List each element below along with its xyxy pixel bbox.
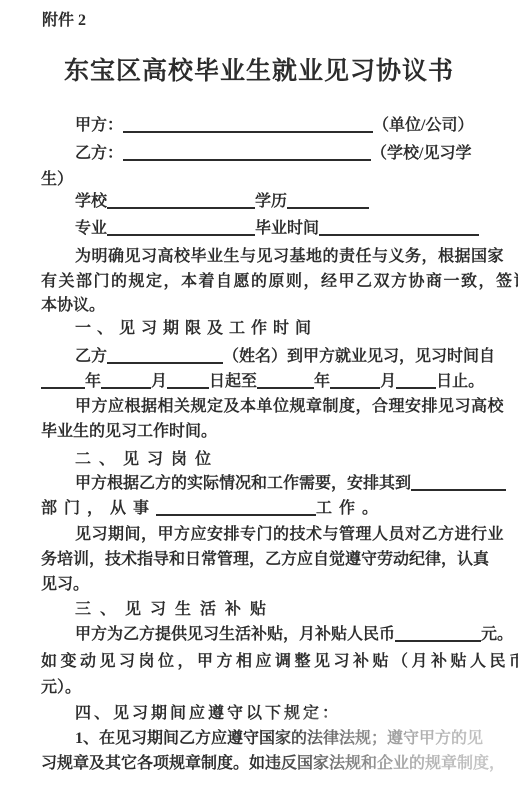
- fill-in-blank: [330, 373, 380, 389]
- text-segment: （单位/公司）: [373, 117, 473, 134]
- text-segment: 日止。: [436, 373, 484, 390]
- text-segment: 甲方：: [75, 117, 123, 134]
- document-line: 习规章及其它各项规章制度。如违反国家法规和企业的规章制度，: [41, 754, 505, 774]
- fill-in-blank: [167, 373, 209, 389]
- document-line: 如变动见习岗位，甲方相应调整见习补贴（月补贴人民币: [41, 652, 518, 672]
- text-segment: 月: [380, 373, 396, 390]
- document-line: 甲方：（单位/公司）: [41, 116, 473, 136]
- fill-in-blank: [395, 626, 481, 642]
- text-segment: 务培训，技术指导和日常管理，乙方应自觉遵守劳动纪律，认真: [41, 551, 489, 568]
- fill-in-blank: [287, 193, 369, 209]
- document-line: 四、见习期间应遵守以下规定：: [41, 704, 341, 724]
- document-line: 二、见习岗位: [41, 450, 219, 470]
- document-line: 年月日起至年月日止。: [41, 372, 484, 392]
- agreement-document: 附件 2 东宝区高校毕业生就业见习协议书 甲方：（单位/公司）乙方：（学校/见习…: [0, 0, 518, 785]
- document-line: 务培训，技术指导和日常管理，乙方应自觉遵守劳动纪律，认真: [41, 550, 489, 570]
- document-line: 为明确见习高校毕业生与见习基地的责任与义务，根据国家: [41, 247, 504, 267]
- text-segment: 本协议。: [41, 297, 105, 314]
- fill-in-blank: [107, 193, 255, 209]
- fill-in-blank: [319, 220, 479, 236]
- document-line: 本协议。: [41, 296, 105, 316]
- text-segment: 元。: [481, 626, 513, 643]
- text-segment: 甲方为乙方提供见习生活补贴，月补贴人民币: [75, 626, 395, 643]
- text-segment: 毕业时间: [255, 220, 319, 237]
- text-segment: 三、见习生活补贴: [75, 601, 275, 618]
- text-segment: 元）。: [41, 679, 81, 696]
- text-segment: 学校: [75, 193, 107, 210]
- text-segment: 生）: [41, 171, 73, 188]
- document-line: 乙方：（学校/见习学: [41, 144, 471, 164]
- fill-in-blank: [411, 475, 506, 491]
- fill-in-blank: [156, 500, 316, 516]
- text-segment: 乙方：: [75, 145, 123, 162]
- fill-in-blank: [123, 145, 371, 161]
- fill-in-blank: [101, 373, 151, 389]
- text-segment: 有关部门的规定，本着自愿的原则，经甲乙双方协商一致，签订: [41, 273, 518, 290]
- text-segment: 乙方: [75, 348, 107, 365]
- fill-in-blank: [41, 373, 85, 389]
- text-segment: 学历: [255, 193, 287, 210]
- text-segment: 习规章及其它各项规章制度。如违反国家法规和企业的规章制度，: [41, 755, 505, 772]
- document-line: 三、见习生活补贴: [41, 600, 275, 620]
- fill-in-blank: [107, 220, 255, 236]
- text-segment: 一、见习期限及工作时间: [75, 320, 317, 337]
- text-segment: （学校/见习学: [371, 145, 471, 162]
- text-segment: 日起至: [209, 373, 257, 390]
- document-line: 甲方应根据相关规定及本单位规章制度，合理安排见习高校: [41, 397, 504, 417]
- text-segment: 月: [151, 373, 167, 390]
- document-line: 见习期间，甲方应安排专门的技术与管理人员对乙方进行业: [41, 525, 504, 545]
- document-line: 甲方为乙方提供见习生活补贴，月补贴人民币元。: [41, 625, 513, 645]
- text-segment: （姓名）到甲方就业见习，见习时间自: [223, 348, 495, 365]
- text-segment: 四、见习期间应遵守以下规定：: [75, 705, 341, 722]
- text-segment: 工作。: [316, 500, 385, 517]
- text-segment: 见习。: [41, 576, 89, 593]
- text-segment: 专业: [75, 220, 107, 237]
- document-line: 一、见习期限及工作时间: [41, 319, 317, 339]
- document-line: 毕业生的见习工作时间。: [41, 422, 217, 442]
- text-segment: 二、见习岗位: [75, 451, 219, 468]
- document-line: 部门，从事工作。: [41, 499, 385, 519]
- document-line: 生）: [41, 170, 73, 190]
- text-segment: 部门，从事: [41, 500, 156, 517]
- document-line: 专业毕业时间: [41, 219, 479, 239]
- fill-in-blank: [107, 348, 223, 364]
- text-segment: 年: [314, 373, 330, 390]
- document-line: 元）。: [41, 678, 81, 698]
- document-line: 甲方根据乙方的实际情况和工作需要，安排其到: [41, 474, 506, 494]
- fill-in-blank: [123, 117, 373, 133]
- text-segment: 如变动见习岗位，甲方相应调整见习补贴（月补贴人民币: [41, 653, 518, 670]
- document-line: 乙方（姓名）到甲方就业见习，见习时间自: [41, 347, 495, 367]
- text-segment: 甲方根据乙方的实际情况和工作需要，安排其到: [75, 475, 411, 492]
- document-line: 见习。: [41, 575, 89, 595]
- text-segment: 甲方应根据相关规定及本单位规章制度，合理安排见习高校: [75, 398, 504, 415]
- fill-in-blank: [257, 373, 314, 389]
- document-line: 学校学历: [41, 192, 369, 212]
- text-segment: 1、在见习期间乙方应遵守国家的法律法规；遵守甲方的见: [75, 730, 483, 747]
- fill-in-blank: [396, 373, 436, 389]
- page-title: 东宝区高校毕业生就业见习协议书: [0, 55, 518, 89]
- document-line: 有关部门的规定，本着自愿的原则，经甲乙双方协商一致，签订: [41, 272, 518, 292]
- text-segment: 见习期间，甲方应安排专门的技术与管理人员对乙方进行业: [75, 526, 504, 543]
- text-segment: 年: [85, 373, 101, 390]
- document-line: 1、在见习期间乙方应遵守国家的法律法规；遵守甲方的见: [41, 729, 483, 749]
- text-segment: 毕业生的见习工作时间。: [41, 423, 217, 440]
- text-segment: 为明确见习高校毕业生与见习基地的责任与义务，根据国家: [75, 248, 504, 265]
- attachment-label: 附件 2: [42, 10, 86, 32]
